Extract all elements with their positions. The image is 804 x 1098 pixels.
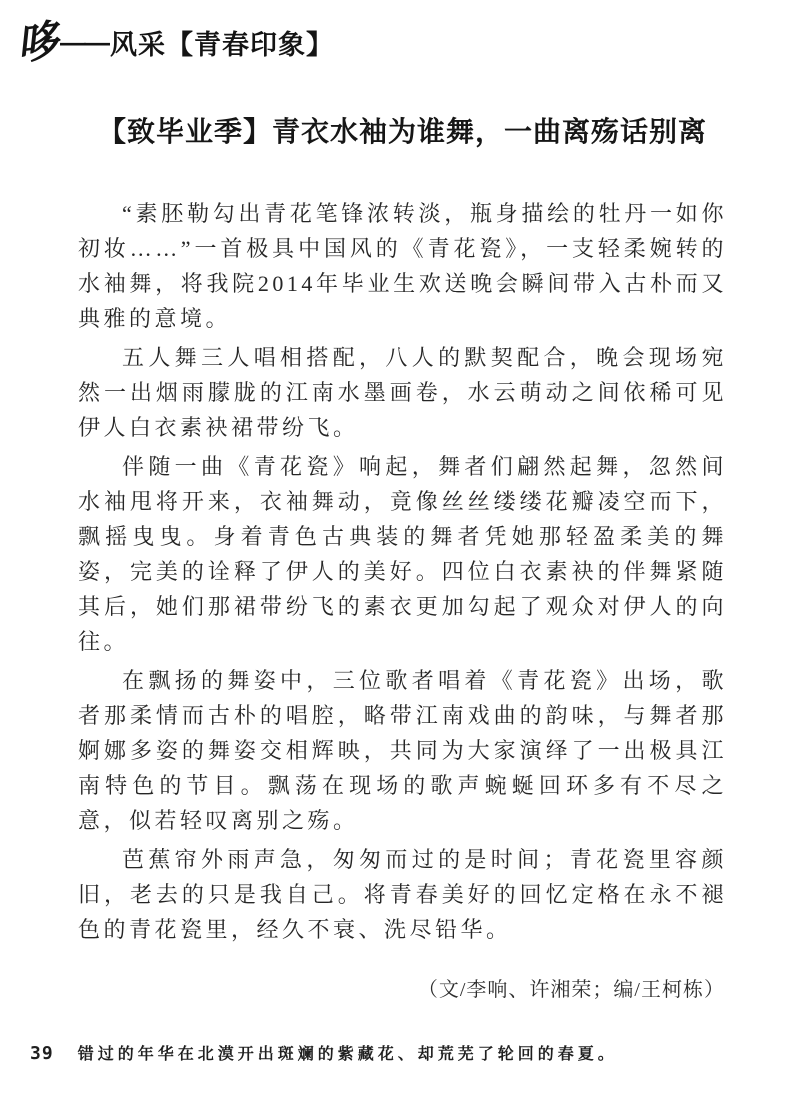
article-body: “素胚勒勾出青花笔锋浓转淡，瓶身描绘的牡丹一如你初妆……”一首极具中国风的《青花… bbox=[78, 196, 727, 947]
article-paragraph-3: 伴随一曲《青花瓷》响起，舞者们翩然起舞，忽然间水袖甩将开来，衣袖舞动，竟像丝丝缕… bbox=[78, 449, 727, 659]
page-footer: 39 错过的年华在北漠开出斑斓的紫藏花、却荒芜了轮回的春夏。 bbox=[30, 1041, 727, 1064]
article-title: 【致毕业季】青衣水袖为谁舞，一曲离殇话别离 bbox=[78, 112, 727, 152]
masthead: 哆 —— 风采 【青春印象】 bbox=[16, 12, 334, 72]
article: 【致毕业季】青衣水袖为谁舞，一曲离殇话别离 “素胚勒勾出青花笔锋浓转淡，瓶身描绘… bbox=[78, 112, 727, 1002]
masthead-brand-label: 风采 bbox=[110, 23, 166, 62]
footer-motto: 错过的年华在北漠开出斑斓的紫藏花、却荒芜了轮回的春夏。 bbox=[78, 1041, 618, 1064]
masthead-dash: —— bbox=[60, 27, 108, 58]
page-number: 39 bbox=[30, 1043, 54, 1064]
magazine-page: 哆 —— 风采 【青春印象】 【致毕业季】青衣水袖为谁舞，一曲离殇话别离 “素胚… bbox=[0, 0, 804, 1098]
article-paragraph-1: “素胚勒勾出青花笔锋浓转淡，瓶身描绘的牡丹一如你初妆……”一首极具中国风的《青花… bbox=[78, 196, 727, 336]
byline: （文/李响、许湘荣；编/王柯栋） bbox=[78, 973, 725, 1002]
masthead-logo-glyph: 哆 bbox=[12, 7, 62, 72]
masthead-section-label: 【青春印象】 bbox=[166, 23, 334, 62]
article-paragraph-5: 芭蕉帘外雨声急，匆匆而过的是时间；青花瓷里容颜旧，老去的只是我自己。将青春美好的… bbox=[78, 842, 727, 947]
article-paragraph-2: 五人舞三人唱相搭配，八人的默契配合，晚会现场宛然一出烟雨朦胧的江南水墨画卷，水云… bbox=[78, 340, 727, 445]
article-paragraph-4: 在飘扬的舞姿中，三位歌者唱着《青花瓷》出场，歌者那柔情而古朴的唱腔，略带江南戏曲… bbox=[78, 663, 727, 838]
